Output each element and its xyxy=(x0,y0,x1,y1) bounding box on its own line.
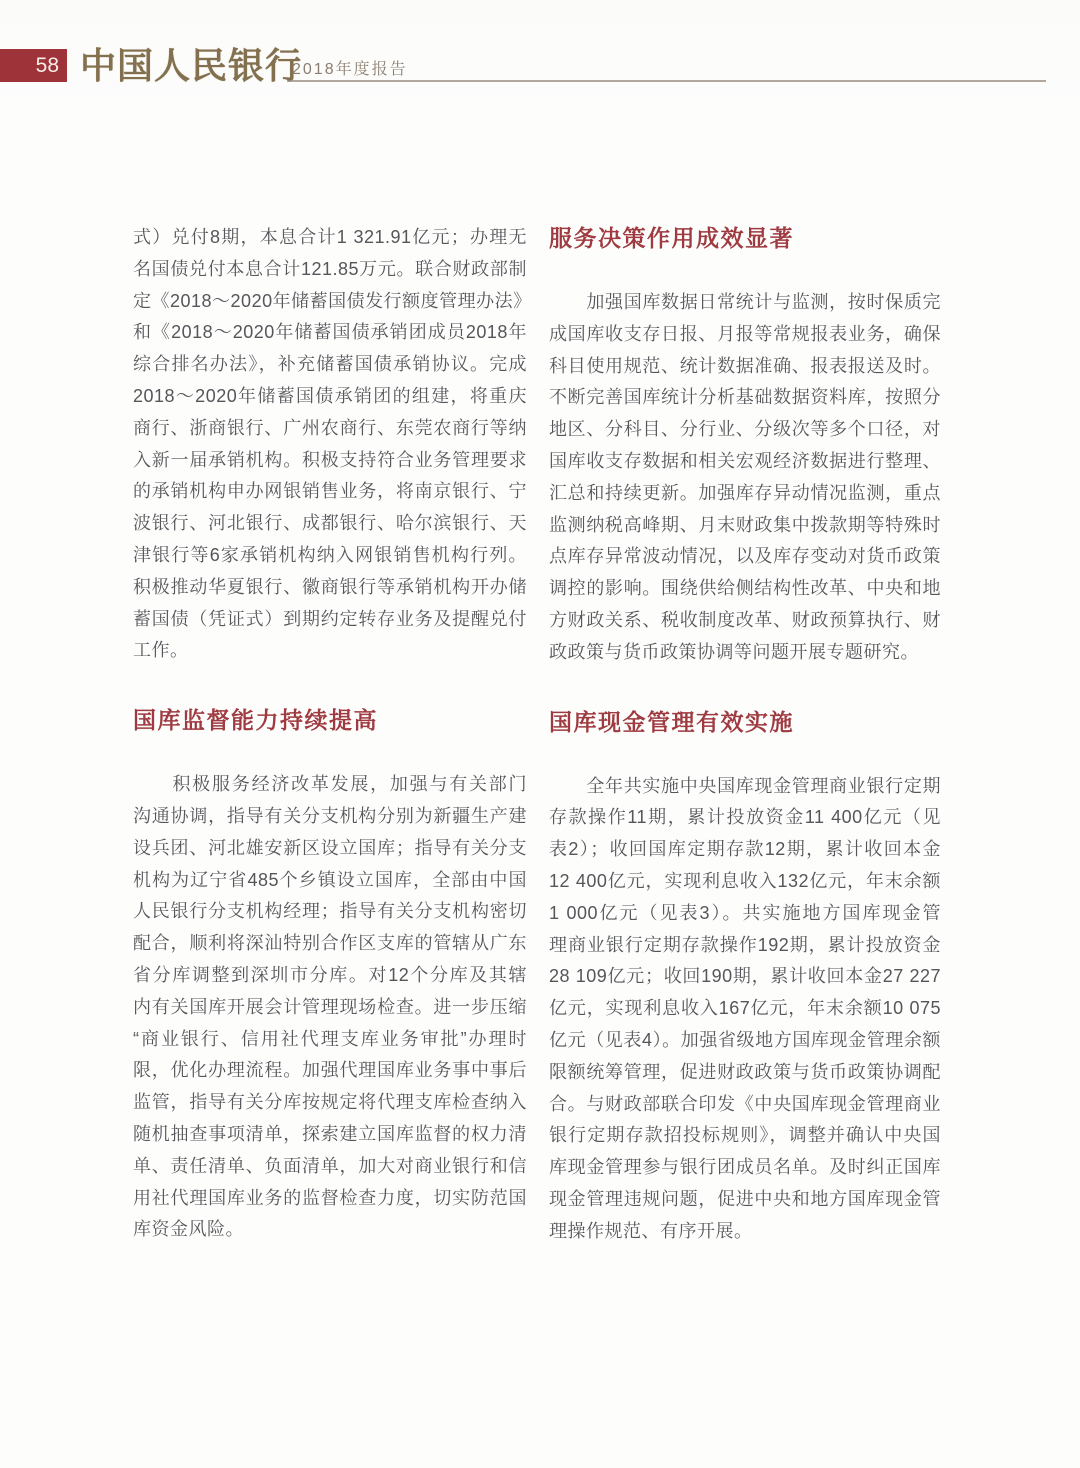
text-line: 亿元，实现利息收入167亿元，年末余额10 075 xyxy=(549,993,941,1025)
text-line: 蓄国债（凭证式）到期约定转存业务及提醒兑付 xyxy=(133,604,527,636)
header-divider-line xyxy=(287,80,1046,82)
report-page: 58 中国人民银行 2018年度报告 式）兑付8期，本息合计1 321.91亿元… xyxy=(0,0,1080,1468)
text-line: 科目使用规范、统计数据准确、报表报送及时。 xyxy=(549,351,941,383)
section-heading-decision-support: 服务决策作用成效显著 xyxy=(549,222,941,254)
text-line: 政政策与货币政策协调等问题开展专题研究。 xyxy=(549,637,941,669)
text-line: 合。与财政部联合印发《中央国库现金管理商业 xyxy=(549,1089,941,1121)
text-line: 监管，指导有关分库按规定将代理支库检查纳入 xyxy=(133,1087,527,1119)
text-line: “商业银行、信用社代理支库业务审批”办理时 xyxy=(133,1024,527,1056)
text-line: 式）兑付8期，本息合计1 321.91亿元；办理无记 xyxy=(133,222,527,254)
text-line: 人民银行分支机构经理；指导有关分支机构密切 xyxy=(133,896,527,928)
text-line: 汇总和持续更新。加强库存异动情况监测，重点 xyxy=(549,478,941,510)
text-line: 内有关国库开展会计管理现场检查。进一步压缩 xyxy=(133,992,527,1024)
paragraph-savings-bonds: 式）兑付8期，本息合计1 321.91亿元；办理无记名国债兑付本息合计121.8… xyxy=(133,222,527,667)
text-line: 用社代理国库业务的监督检查力度，切实防范国 xyxy=(133,1183,527,1215)
text-line: 积极推动华夏银行、徽商银行等承销机构开办储 xyxy=(133,572,527,604)
text-line: 监测纳税高峰期、月末财政集中拨款期等特殊时 xyxy=(549,510,941,542)
paragraph-decision-support: 加强国库数据日常统计与监测，按时保质完成国库收支存日报、月报等常规报表业务，确保… xyxy=(549,287,941,669)
page-number-badge: 58 xyxy=(0,49,67,82)
text-line: 点库存异常波动情况，以及库存变动对货币政策 xyxy=(549,541,941,573)
text-line: 配合，顺利将深汕特别合作区支库的管辖从广东 xyxy=(133,928,527,960)
text-line: 库资金风险。 xyxy=(133,1214,527,1246)
section-heading-treasury-supervision: 国库监督能力持续提高 xyxy=(133,704,527,736)
section-heading-cash-management: 国库现金管理有效实施 xyxy=(549,706,941,738)
report-year-label: 2018年度报告 xyxy=(292,56,408,79)
text-line: 定《2018～2020年储蓄国债发行额度管理办法》 xyxy=(133,286,527,318)
text-line: 津银行等6家承销机构纳入网银销售机构行列。 xyxy=(133,540,527,572)
text-line: 28 109亿元；收回190期，累计收回本金27 227 xyxy=(549,961,941,993)
left-column: 式）兑付8期，本息合计1 321.91亿元；办理无记名国债兑付本息合计121.8… xyxy=(133,222,527,1246)
text-line: 2018～2020年储蓄国债承销团的组建，将重庆农 xyxy=(133,381,527,413)
text-line: 波银行、河北银行、成都银行、哈尔滨银行、天 xyxy=(133,508,527,540)
text-line: 银行定期存款招投标规则》，调整并确认中央国 xyxy=(549,1120,941,1152)
text-line: 积极服务经济改革发展，加强与有关部门 xyxy=(133,769,527,801)
text-line: 工作。 xyxy=(133,635,527,667)
text-line: 加强国库数据日常统计与监测，按时保质完 xyxy=(549,287,941,319)
text-line: 现金管理违规问题，促进中央和地方国库现金管 xyxy=(549,1184,941,1216)
text-line: 理商业银行定期存款操作192期，累计投放资金 xyxy=(549,930,941,962)
text-line: 名国债兑付本息合计121.85万元。联合财政部制 xyxy=(133,254,527,286)
text-line: 亿元（见表4）。加强省级地方国库现金管理余额 xyxy=(549,1025,941,1057)
text-line: 成国库收支存日报、月报等常规报表业务，确保 xyxy=(549,319,941,351)
text-line: 限，优化办理流程。加强代理国库业务事中事后 xyxy=(133,1055,527,1087)
text-line: 沟通协调，指导有关分支机构分别为新疆生产建 xyxy=(133,801,527,833)
text-line: 省分库调整到深圳市分库。对12个分库及其辖 xyxy=(133,960,527,992)
text-line: 综合排名办法》，补充储蓄国债承销协议。完成 xyxy=(133,349,527,381)
paragraph-cash-management: 全年共实施中央国库现金管理商业银行定期存款操作11期，累计投放资金11 400亿… xyxy=(549,771,941,1248)
text-line: 限额统筹管理，促进财政政策与货币政策协调配 xyxy=(549,1057,941,1089)
text-line: 设兵团、河北雄安新区设立国库；指导有关分支 xyxy=(133,833,527,865)
text-line: 单、责任清单、负面清单，加大对商业银行和信 xyxy=(133,1151,527,1183)
text-line: 12 400亿元，实现利息收入132亿元，年末余额 xyxy=(549,866,941,898)
text-line: 地区、分科目、分行业、分级次等多个口径，对 xyxy=(549,414,941,446)
text-line: 方财政关系、税收制度改革、财政预算执行、财 xyxy=(549,605,941,637)
text-line: 商行、浙商银行、广州农商行、东莞农商行等纳 xyxy=(133,413,527,445)
paragraph-treasury-supervision: 积极服务经济改革发展，加强与有关部门沟通协调，指导有关分支机构分别为新疆生产建设… xyxy=(133,769,527,1246)
text-line: 理操作规范、有序开展。 xyxy=(549,1216,941,1248)
text-line: 随机抽查事项清单，探索建立国库监督的权力清 xyxy=(133,1119,527,1151)
text-line: 存款操作11期，累计投放资金11 400亿元（见 xyxy=(549,802,941,834)
text-line: 的承销机构申办网银销售业务，将南京银行、宁 xyxy=(133,476,527,508)
text-line: 入新一届承销机构。积极支持符合业务管理要求 xyxy=(133,445,527,477)
text-line: 不断完善国库统计分析基础数据资料库，按照分 xyxy=(549,382,941,414)
text-line: 机构为辽宁省485个乡镇设立国库，全部由中国 xyxy=(133,865,527,897)
text-line: 1 000亿元（见表3）。共实施地方国库现金管 xyxy=(549,898,941,930)
right-column: 服务决策作用成效显著 加强国库数据日常统计与监测，按时保质完成国库收支存日报、月… xyxy=(549,222,941,1248)
bank-calligraphy-title: 中国人民银行 xyxy=(80,38,302,94)
text-line: 和《2018～2020年储蓄国债承销团成员2018年 xyxy=(133,317,527,349)
text-line: 全年共实施中央国库现金管理商业银行定期 xyxy=(549,771,941,803)
text-line: 库现金管理参与银行团成员名单。及时纠正国库 xyxy=(549,1152,941,1184)
text-line: 表2）；收回国库定期存款12期，累计收回本金 xyxy=(549,834,941,866)
page-number: 58 xyxy=(36,54,59,78)
text-line: 国库收支存数据和相关宏观经济数据进行整理、 xyxy=(549,446,941,478)
text-line: 调控的影响。围绕供给侧结构性改革、中央和地 xyxy=(549,573,941,605)
